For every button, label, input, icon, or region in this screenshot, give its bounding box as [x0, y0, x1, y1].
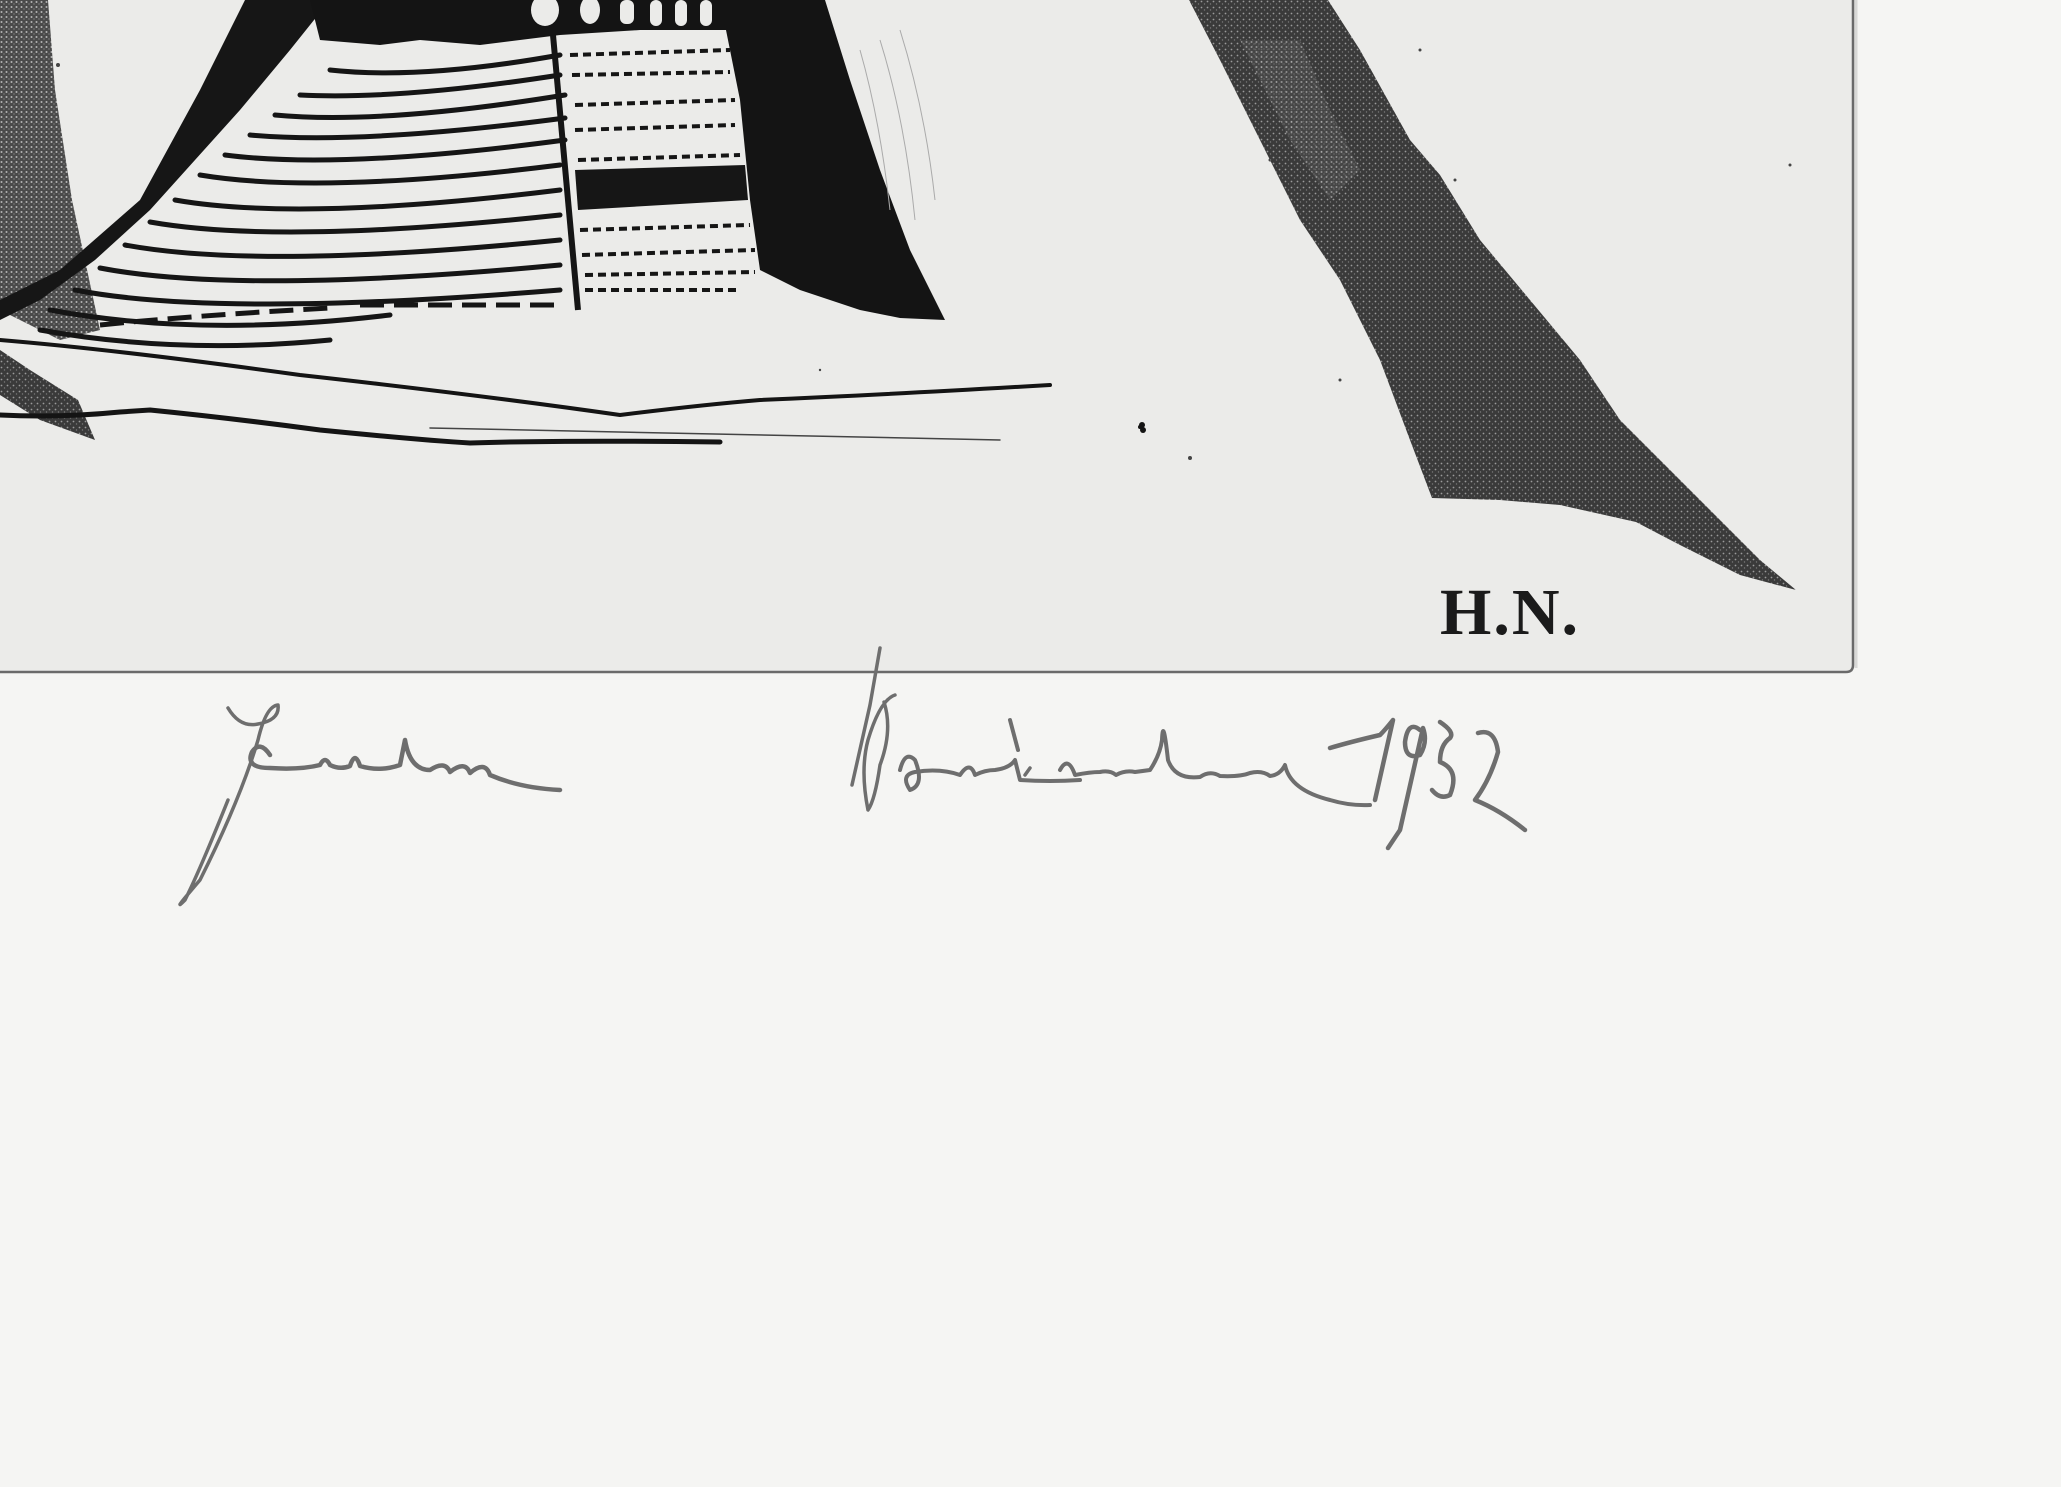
etching-artwork	[0, 0, 2061, 1487]
plate-monogram: H.N.	[1440, 575, 1580, 651]
plate-area	[0, 0, 1853, 672]
